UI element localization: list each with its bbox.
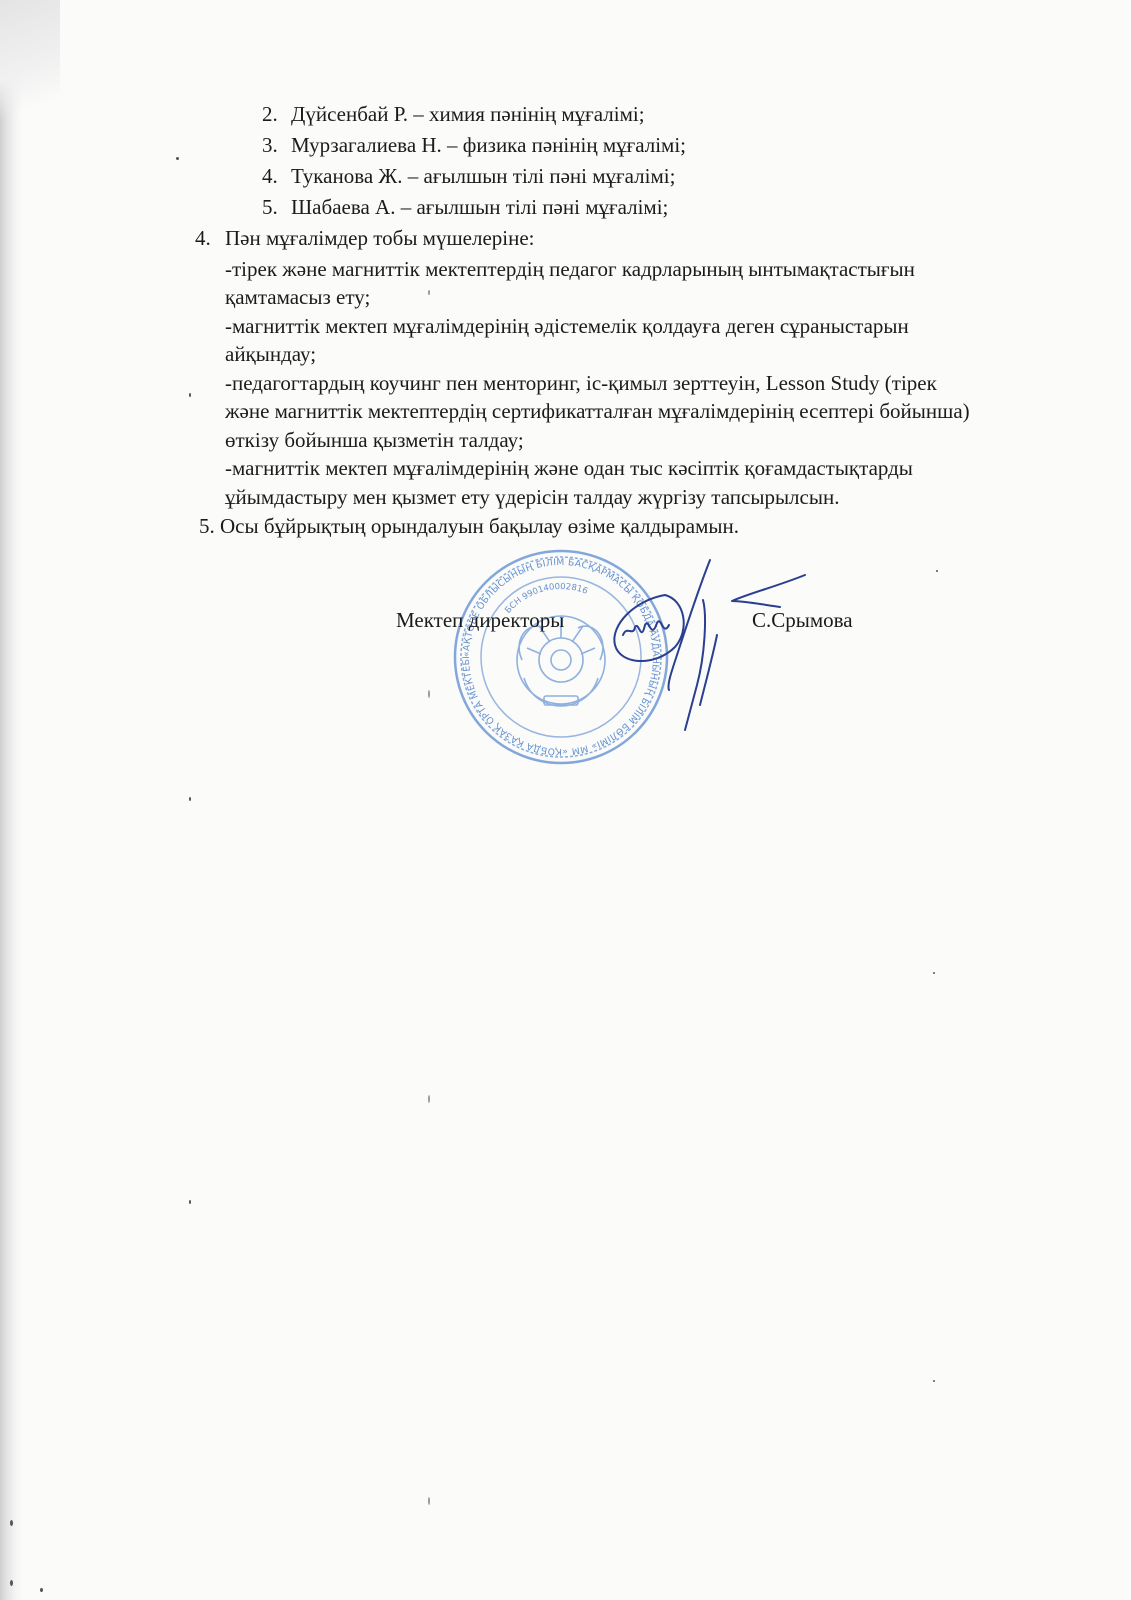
scan-speck bbox=[176, 157, 179, 160]
clause-line: -магниттік мектеп мұғалімдерінің әдістем… bbox=[225, 313, 909, 339]
list-number: 4. bbox=[262, 163, 278, 189]
list-number: 3. bbox=[262, 132, 278, 158]
clause-line: ұйымдастыру мен қызмет ету үдерісін талд… bbox=[225, 484, 839, 510]
scan-speck bbox=[189, 797, 191, 801]
clause-heading: Пән мұғалімдер тобы мүшелеріне: bbox=[225, 225, 535, 251]
scan-speck bbox=[10, 1520, 13, 1526]
scan-speck bbox=[189, 393, 191, 397]
clause-line: және магниттік мектептердің сертификатта… bbox=[225, 398, 970, 424]
clause-line: өткізу бойынша қызметін талдау; bbox=[225, 427, 524, 453]
handwritten-signature bbox=[605, 555, 835, 755]
scan-speck bbox=[428, 1095, 430, 1103]
signatory-title: Мектеп директоры bbox=[396, 607, 564, 633]
list-item: Дүйсенбай Р. – химия пәнінің мұғалімі; bbox=[291, 101, 645, 127]
clause-line: -магниттік мектеп мұғалімдерінің және од… bbox=[225, 455, 913, 481]
scan-speck bbox=[428, 290, 430, 295]
list-number: 5. bbox=[262, 194, 278, 220]
scan-speck bbox=[10, 1580, 13, 1586]
list-item: Туканова Ж. – ағылшын тілі пәні мұғалімі… bbox=[291, 163, 675, 189]
clause-5: 5. Осы бұйрықтың орындалуын бақылау өзім… bbox=[199, 513, 739, 539]
scan-speck bbox=[933, 972, 935, 974]
scan-speck bbox=[40, 1588, 43, 1592]
scan-speck bbox=[933, 1380, 935, 1382]
list-item: Шабаева А. – ағылшын тілі пәні мұғалімі; bbox=[291, 194, 668, 220]
clause-number: 4. bbox=[195, 225, 211, 251]
clause-line: -педагогтардың коучинг пен менторинг, іс… bbox=[225, 370, 937, 396]
clause-line: қамтамасыз ету; bbox=[225, 284, 370, 310]
clause-line: айқындау; bbox=[225, 341, 316, 367]
scan-speck bbox=[428, 1497, 430, 1505]
list-number: 2. bbox=[262, 101, 278, 127]
scan-speck bbox=[936, 570, 938, 572]
list-item: Мурзагалиева Н. – физика пәнінің мұғалім… bbox=[291, 132, 686, 158]
scan-corner-fold bbox=[0, 0, 60, 180]
clause-line: -тірек және магниттік мектептердің педаг… bbox=[225, 256, 915, 282]
scan-speck bbox=[189, 1200, 191, 1204]
scan-speck bbox=[428, 690, 430, 698]
scan-edge-shadow bbox=[0, 0, 22, 1600]
